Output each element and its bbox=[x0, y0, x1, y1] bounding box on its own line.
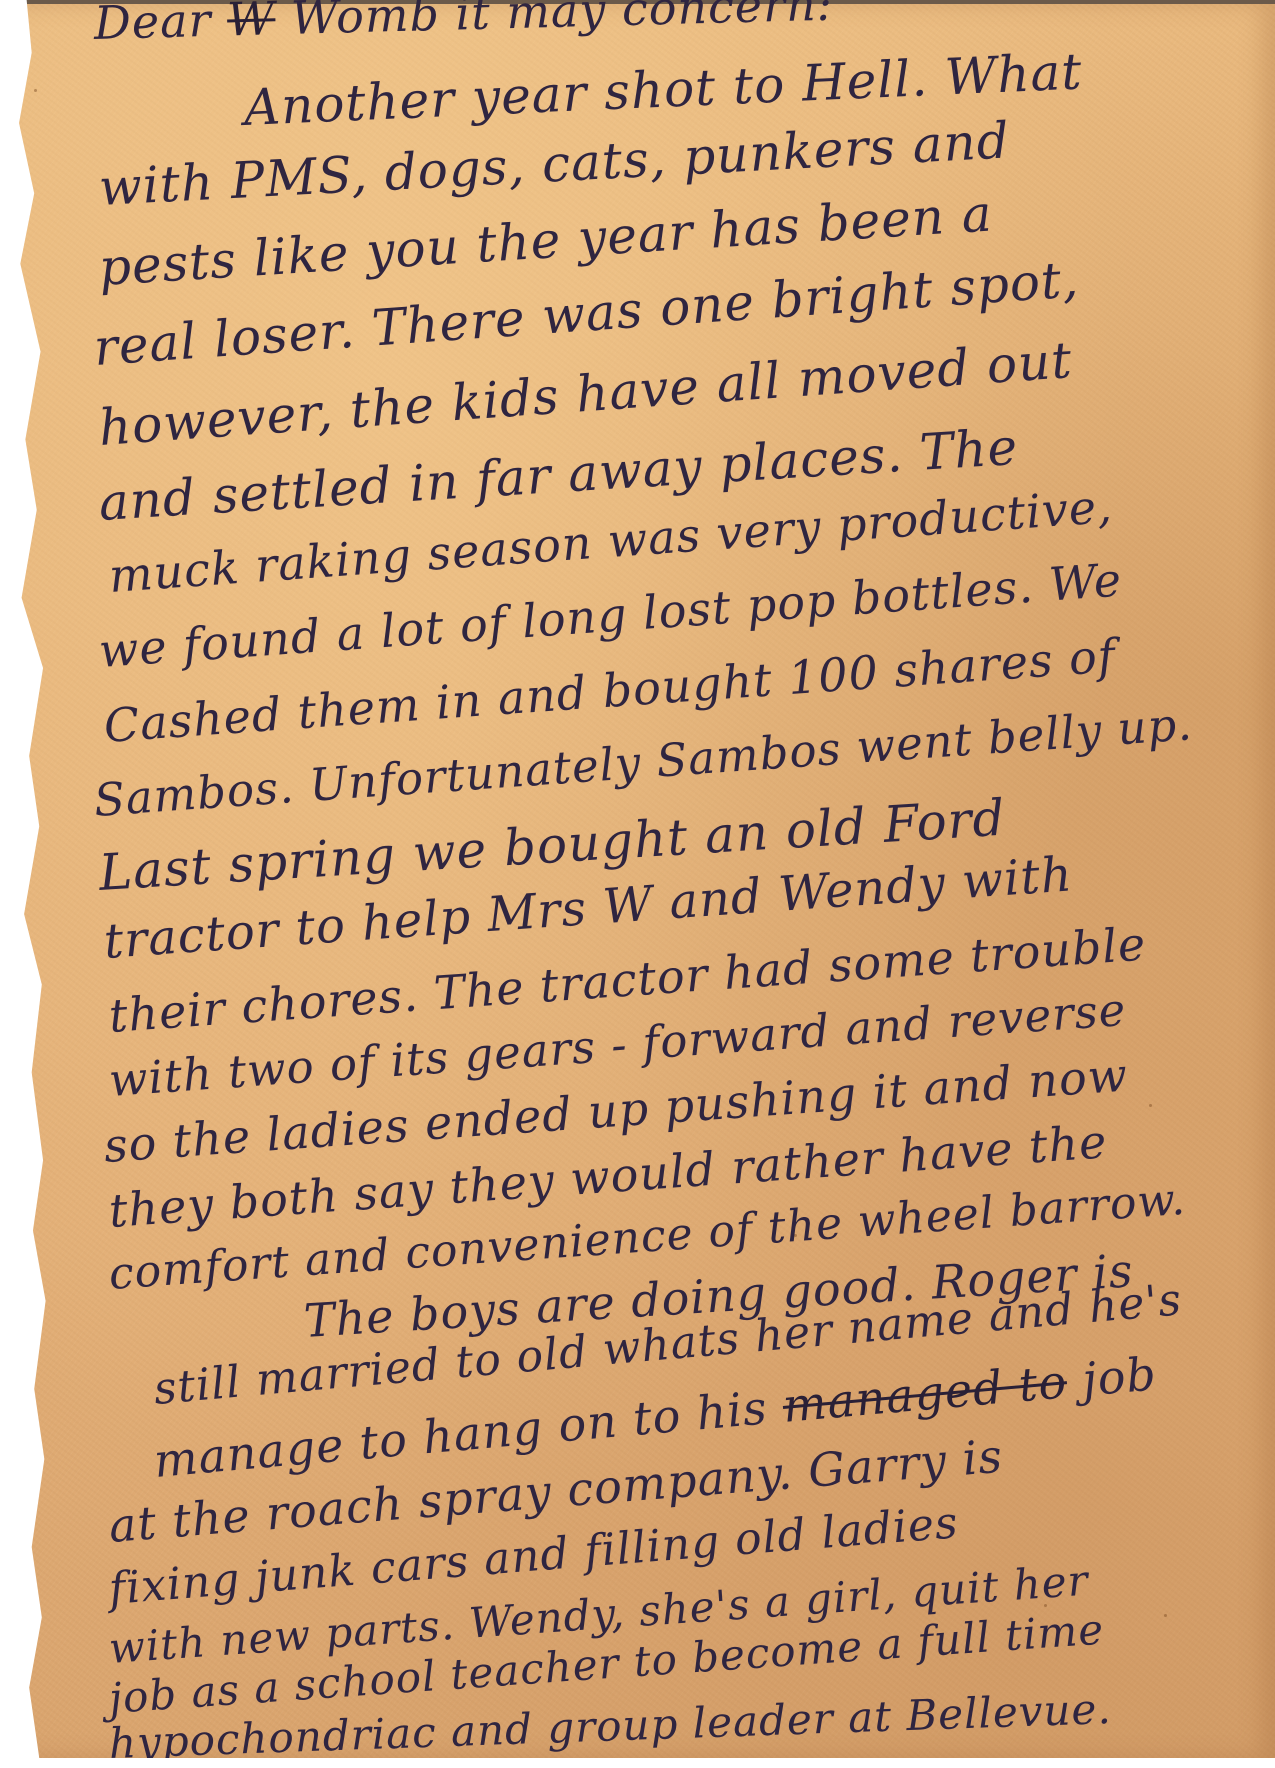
line-20-end: job bbox=[1080, 1346, 1159, 1406]
paper-speck bbox=[1164, 1614, 1167, 1617]
paper-speck bbox=[1149, 1104, 1152, 1107]
paper-speck bbox=[34, 89, 37, 92]
salutation-prefix: Dear bbox=[93, 0, 212, 50]
salutation-rest: Womb it may concern: bbox=[290, 0, 833, 45]
letter-page: Dear W Womb it may concern: Another year… bbox=[14, 0, 1275, 1754]
struck-phrase: managed to bbox=[780, 1354, 1069, 1433]
struck-word: W bbox=[226, 0, 276, 47]
salutation: Dear W Womb it may concern: bbox=[93, 0, 833, 50]
